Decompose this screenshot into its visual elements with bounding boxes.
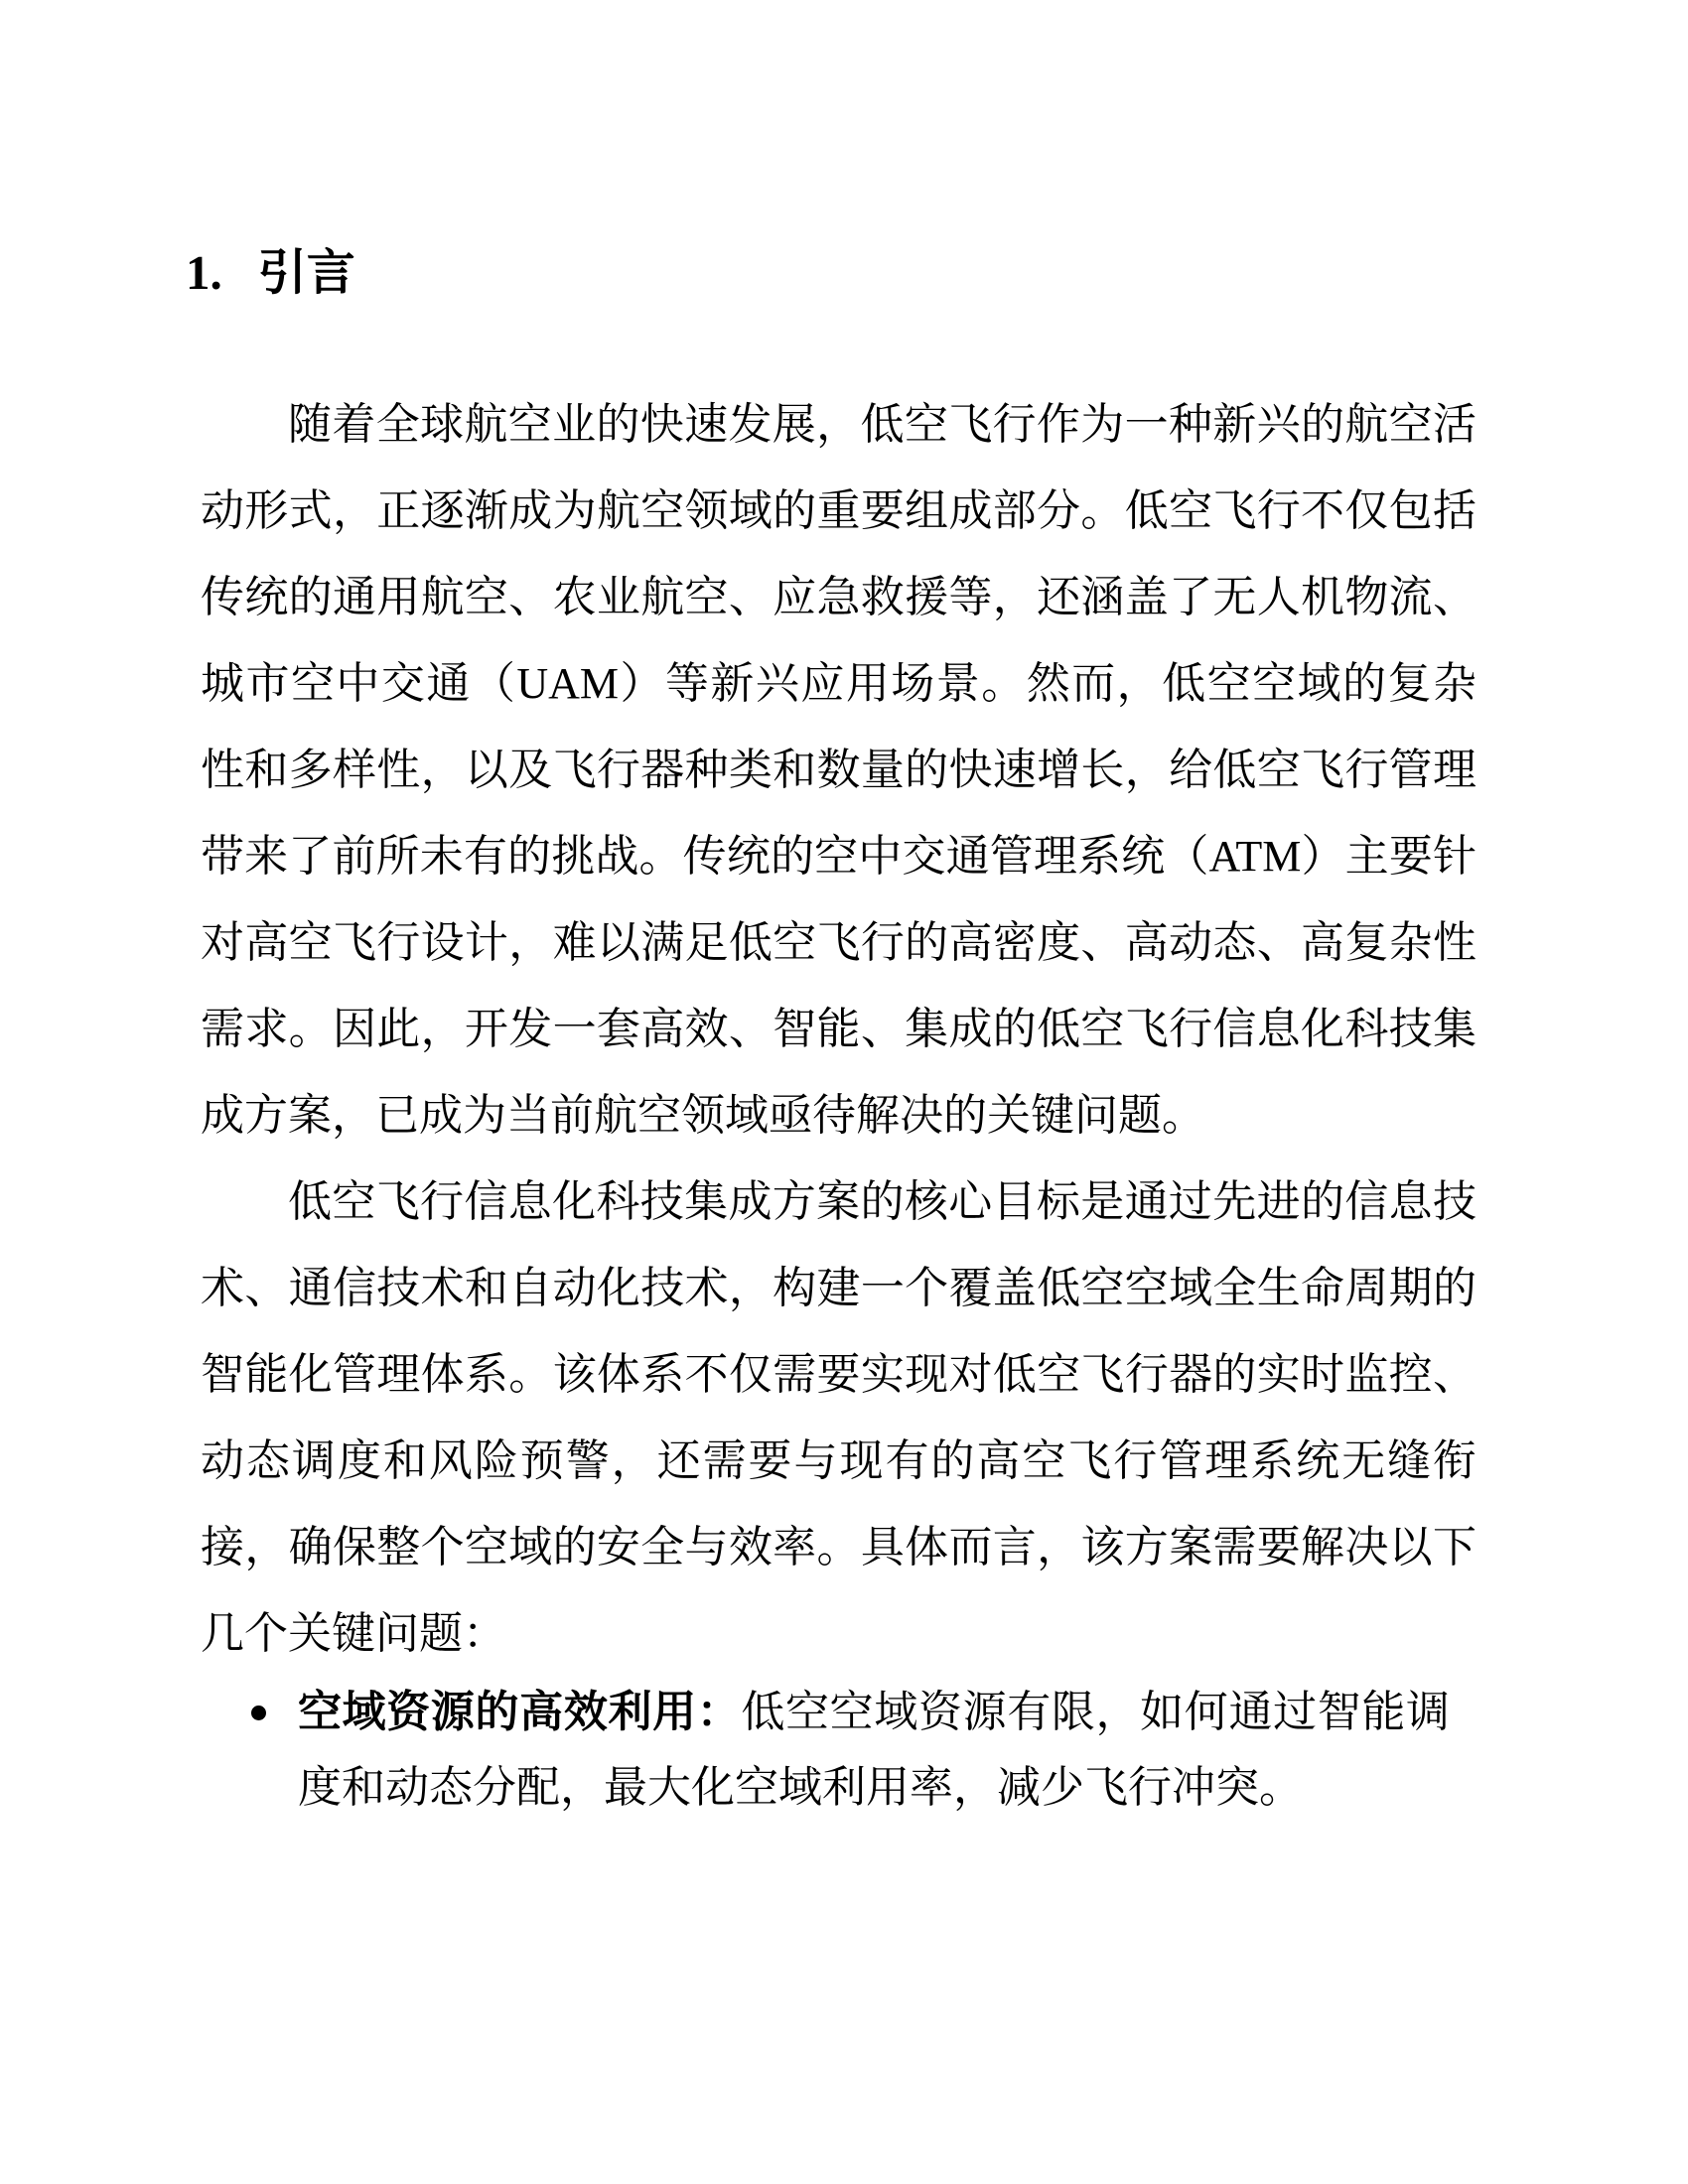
document-page: 1.引言 随着全球航空业的快速发展，低空飞行作为一种新兴的航空活动形式，正逐渐成… [0,0,1688,2184]
bullet-dot-icon [251,1706,266,1720]
bullet-list: 空域资源的高效利用：低空空域资源有限，如何通过智能调度和动态分配，最大化空域利用… [251,1675,1453,1826]
bullet-lead: 空域资源的高效利用： [298,1688,741,1736]
bullet-content: 空域资源的高效利用：低空空域资源有限，如何通过智能调度和动态分配，最大化空域利用… [298,1675,1450,1826]
bullet-icon [251,1675,298,1720]
section-number: 1. [186,245,222,300]
paragraph-goals: 低空飞行信息化科技集成方案的核心目标是通过先进的信息技术、通信技术和自动化技术，… [201,1159,1477,1677]
section-title: 引言 [258,246,355,300]
list-item: 空域资源的高效利用：低空空域资源有限，如何通过智能调度和动态分配，最大化空域利用… [251,1675,1453,1826]
paragraph-intro: 随着全球航空业的快速发展，低空飞行作为一种新兴的航空活动形式，正逐渐成为航空领域… [201,381,1477,1159]
section-heading: 1.引言 [186,241,355,305]
body-text: 随着全球航空业的快速发展，低空飞行作为一种新兴的航空活动形式，正逐渐成为航空领域… [201,381,1477,1677]
